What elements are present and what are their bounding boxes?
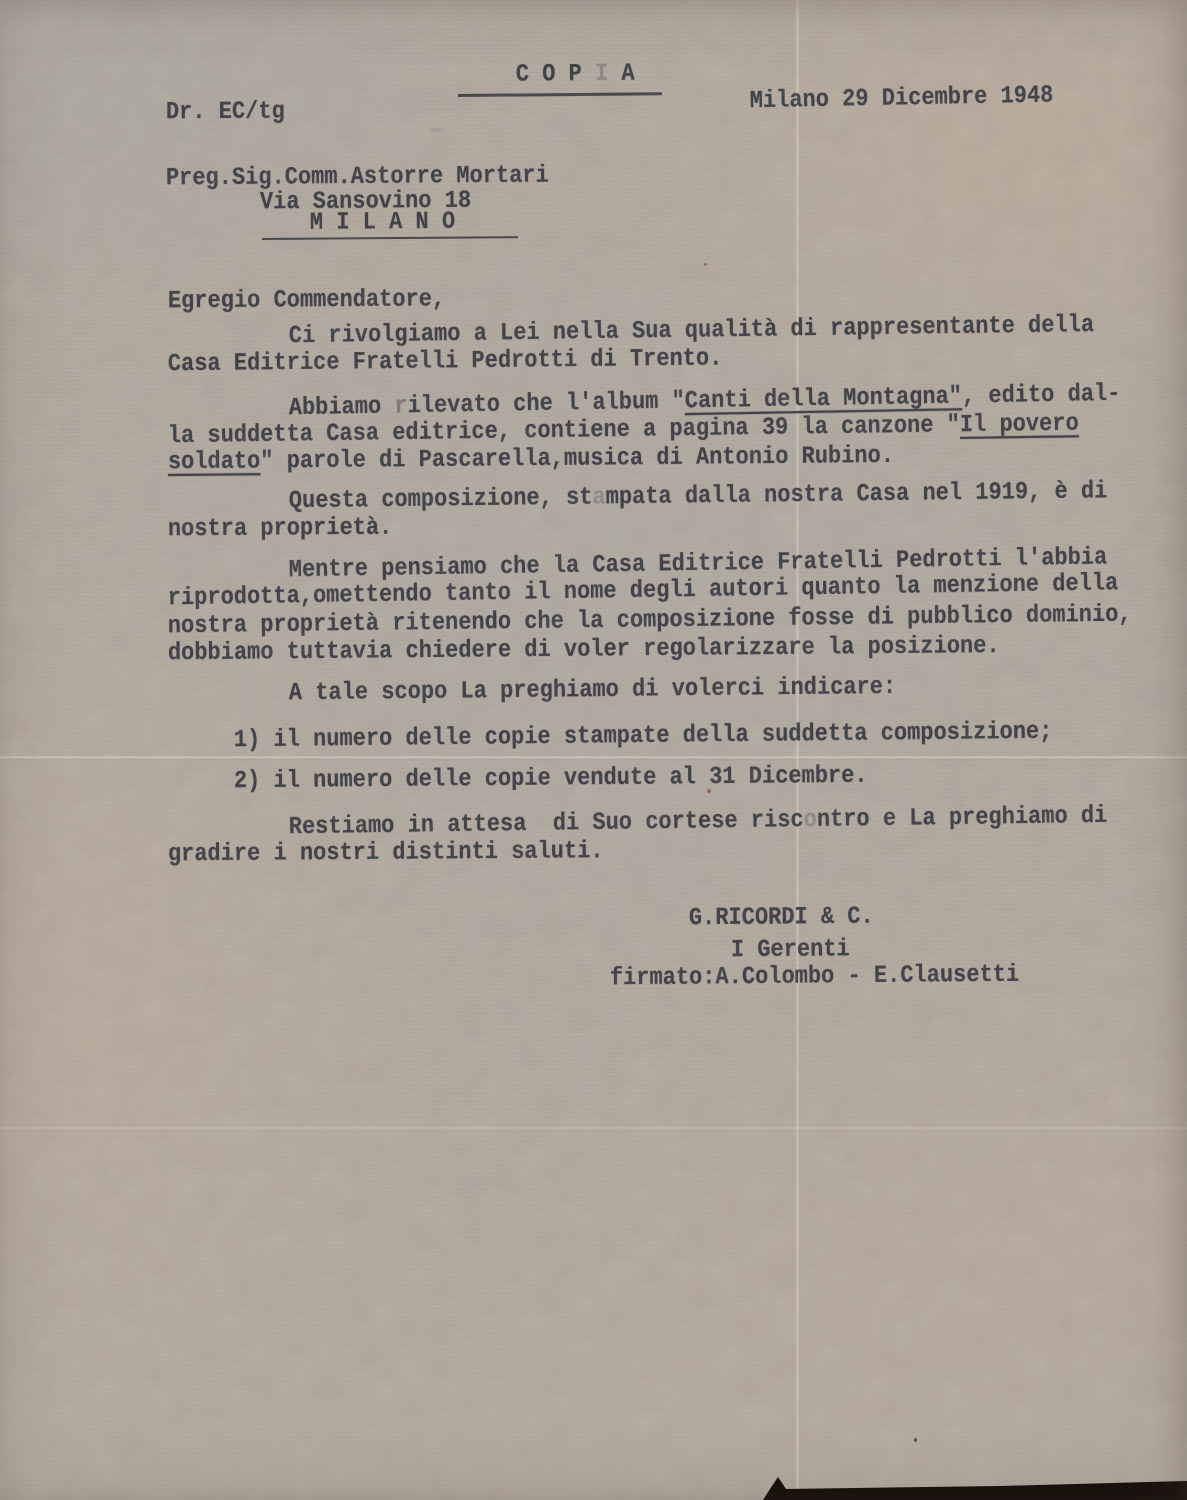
signature-names: firmato:A.Colombo - E.Clausetti	[610, 963, 1019, 991]
p3l1-post: mpata dalla nostra Casa nel 1919, è di	[606, 477, 1108, 511]
copy-stamp: C O P I A	[458, 62, 662, 97]
list-item-1: 1) il numero delle copie stampate della …	[234, 720, 1053, 753]
company-name: G.RICORDI & C.	[689, 905, 874, 931]
closing-faint-o: o	[803, 806, 817, 834]
paper-speck-4	[430, 128, 444, 132]
closing-post: ntro e La preghiamo di	[817, 802, 1108, 834]
copy-stamp-text: C O P I A	[516, 59, 635, 88]
copy-stamp-part1: C O P	[516, 60, 595, 89]
request-intro: A tale scopo La preghiamo di volerci ind…	[289, 675, 897, 706]
p2l1-faint-r: r	[394, 392, 408, 420]
paragraph-2-line-3: soldato" parole di Pascarella,musica di …	[168, 444, 894, 475]
letter-page: C O P I A Dr. EC/tg Milano 29 Dicembre 1…	[0, 0, 1187, 1500]
song-title-part1-underlined: Il povero	[960, 409, 1079, 439]
recipient-city-underlined: M I L A N O	[262, 210, 518, 240]
salutation: Egregio Commendatore,	[168, 287, 445, 314]
dateline: Milano 29 Dicembre 1948	[750, 84, 1054, 114]
copy-stamp-faint-i: I	[595, 60, 608, 88]
copy-stamp-part2: A	[608, 59, 635, 87]
closing-pre: Restiamo in attesa di Suo cortese risc	[289, 806, 804, 841]
p3l1-faint-a: a	[592, 483, 606, 511]
closing-line-1: Restiamo in attesa di Suo cortese riscon…	[289, 804, 1108, 840]
recipient-city: M I L A N O	[310, 208, 455, 237]
album-title-underlined: Canti della Montagna"	[685, 382, 963, 415]
p3l1-pre: Questa composizione, st	[289, 483, 593, 515]
p2l3-post: " parole di Pascarella,musica di Antonio…	[260, 442, 894, 476]
typist-reference: Dr. EC/tg	[166, 100, 285, 125]
list-item-2: 2) il numero delle copie vendute al 31 D…	[234, 764, 868, 794]
fold-crease-horizontal-upper	[0, 756, 1187, 760]
closing-line-2: gradire i nostri distinti saluti.	[168, 839, 604, 867]
paragraph-3-line-2: nostra proprietà.	[168, 516, 393, 542]
fold-crease-horizontal-lower	[0, 1127, 1187, 1131]
paragraph-4-line-4: dobbiamo tuttavia chiedere di voler rego…	[168, 634, 1000, 666]
song-title-part2-underlined: soldato	[168, 447, 261, 476]
p2l1-post: , edito dal-	[962, 380, 1121, 411]
fold-crease-vertical	[795, 0, 800, 1500]
paragraph-1-line-2: Casa Editrice Fratelli Pedrotti di Trent…	[168, 347, 723, 377]
paragraph-1-line-1: Ci rivolgiamo a Lei nella Sua qualità di…	[289, 313, 1095, 349]
paper-speck-1	[704, 263, 707, 266]
signers-role: I Gerenti	[731, 937, 850, 963]
p2l1-pre: Abbiamo	[289, 392, 395, 422]
paragraph-3-line-1: Questa composizione, stampata dalla nost…	[289, 479, 1108, 514]
paper-speck-3	[914, 1438, 917, 1442]
